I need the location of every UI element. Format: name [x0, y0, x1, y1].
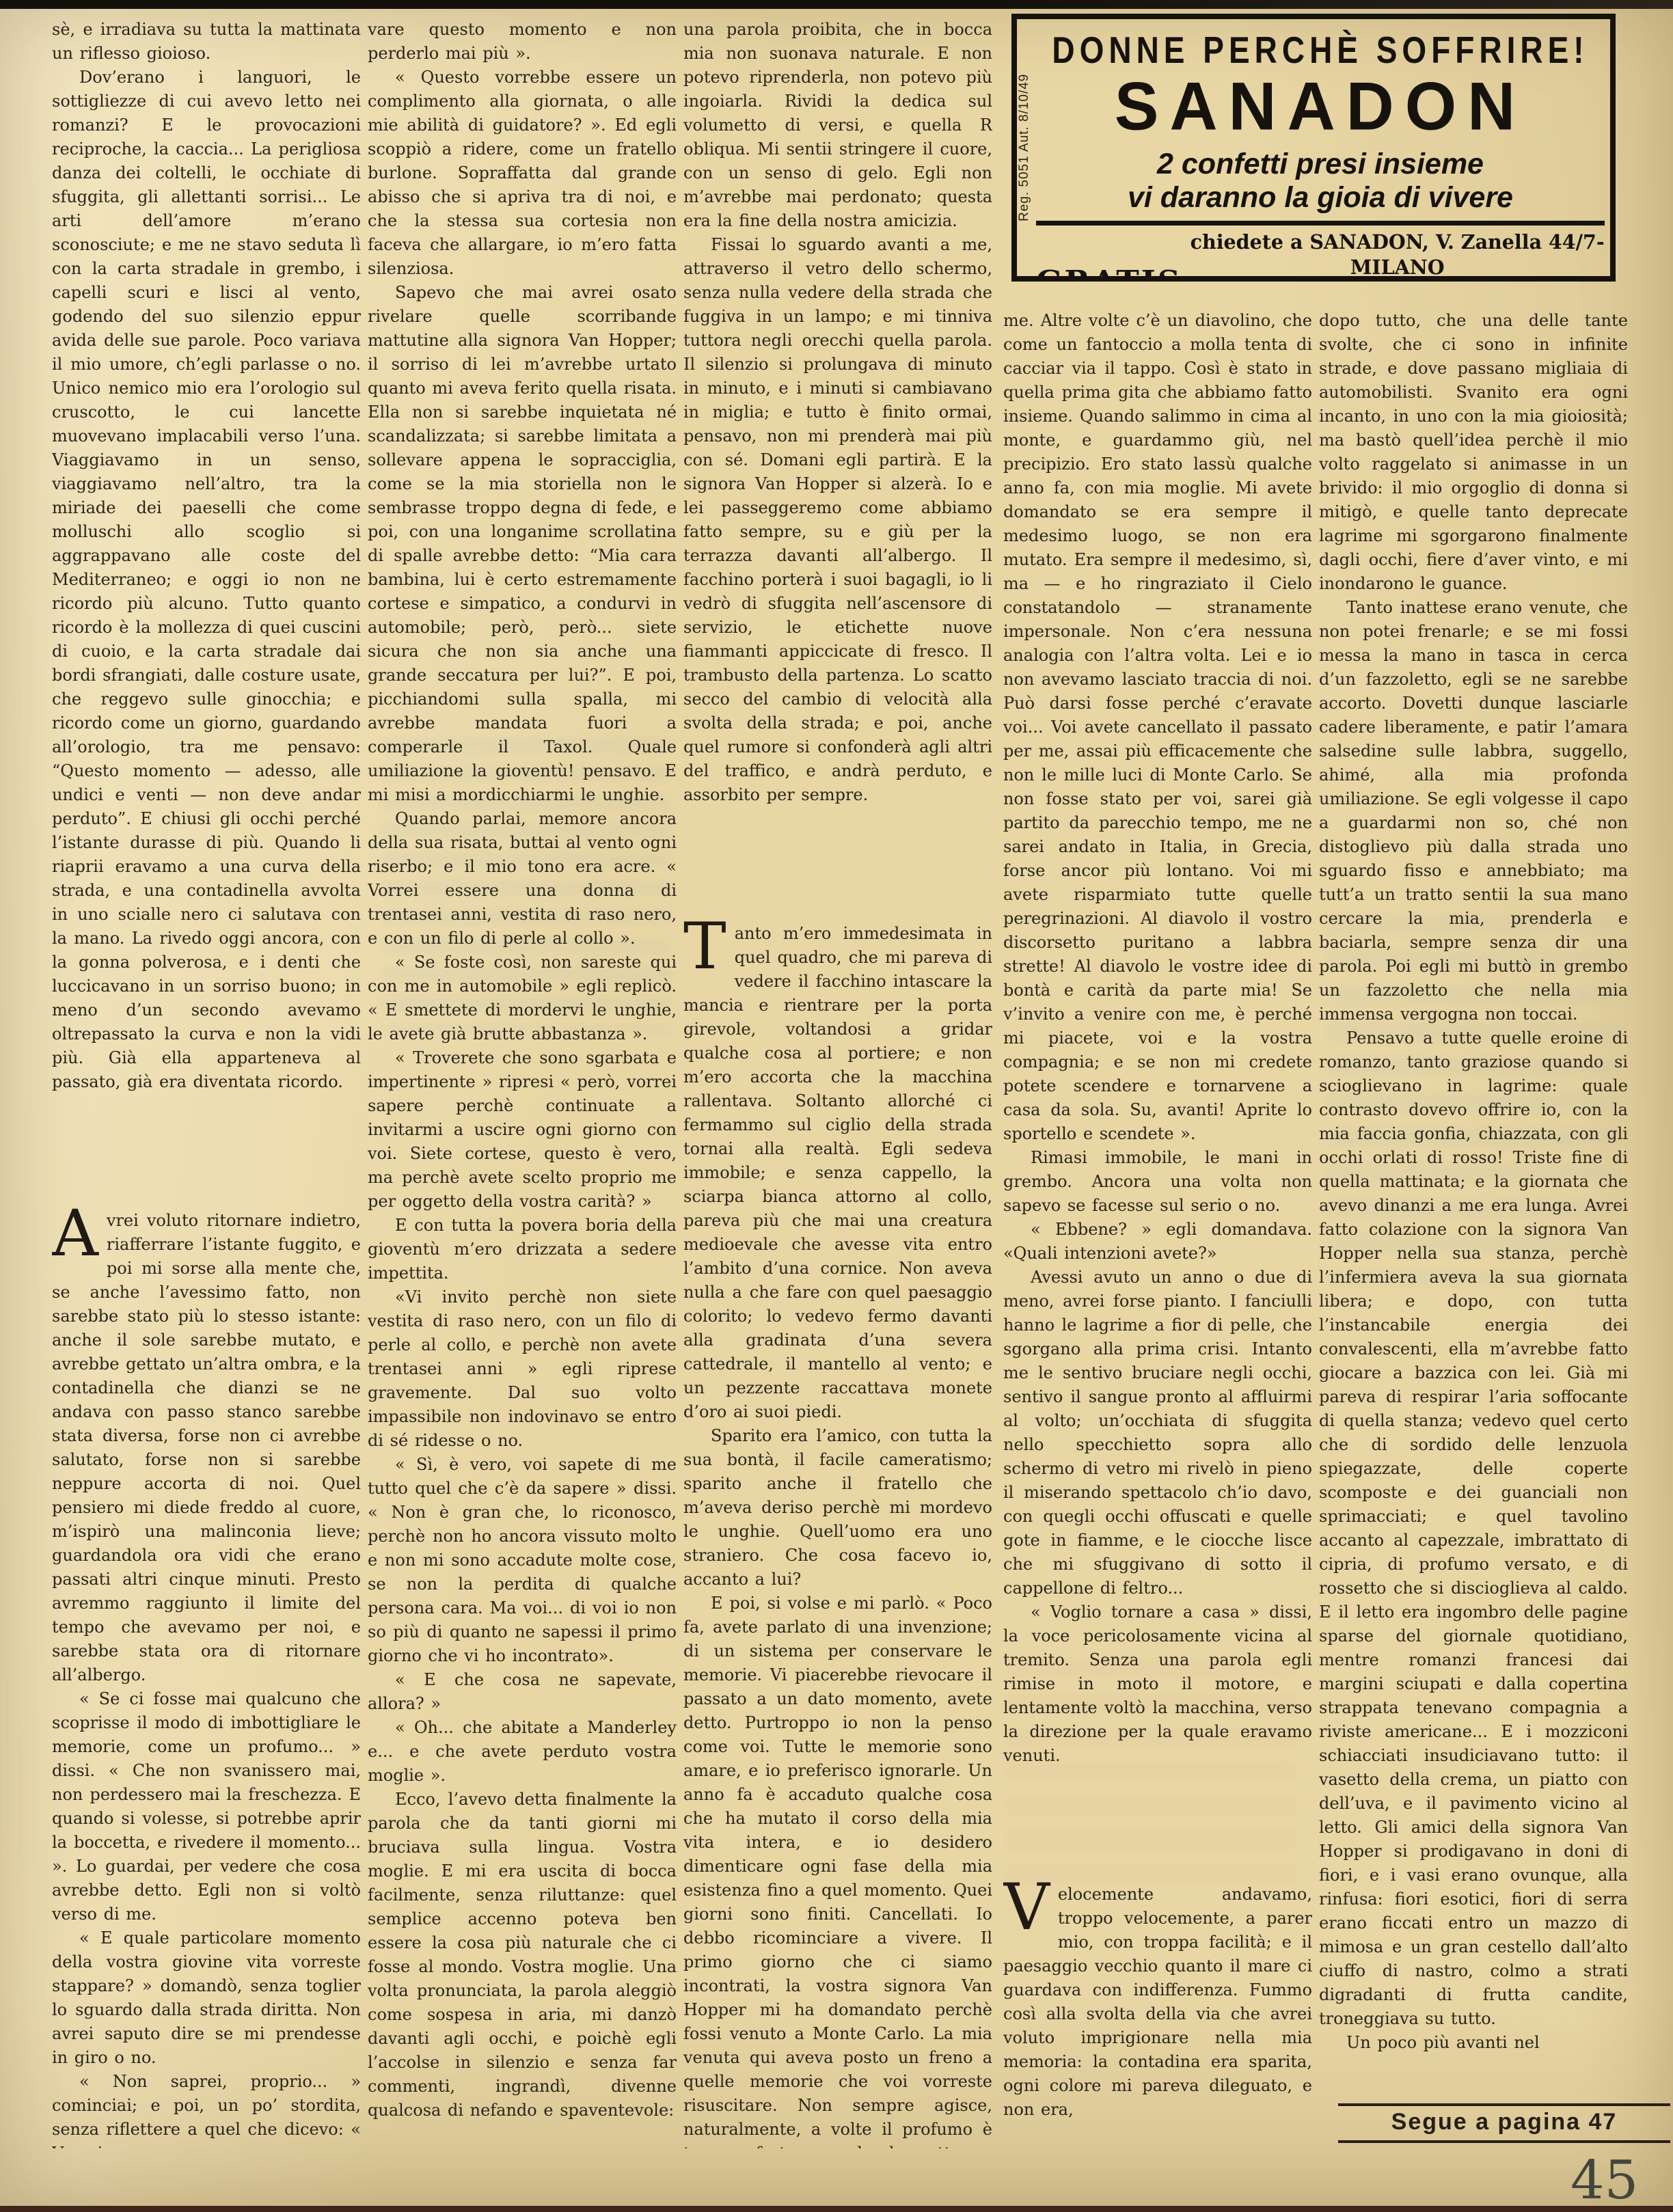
ad-tagline: 2 confetti presi insieme vi daranno la g… [1036, 148, 1605, 215]
paragraph: E con tutta la povera boria della gioven… [368, 1214, 677, 1285]
ad-content: DONNE PERCHÈ SOFFRIRE! SANADON 2 confett… [1035, 19, 1610, 276]
paragraph: « Se foste così, non sareste qui con me … [368, 951, 677, 1046]
scan-edge-top [0, 0, 1673, 9]
paragraph: « Voglio tornare a casa » dissi, la voce… [1003, 1600, 1312, 1768]
magazine-page: sè, e irradiava su tutta la mattinata un… [0, 0, 1673, 2212]
drop-cap-initial: T [683, 922, 735, 971]
paragraph: Dov’erano i languori, le sottigliezze di… [52, 66, 361, 1094]
paragraph: « Non saprei, proprio... » cominciai; e … [52, 2070, 361, 2148]
ad-offer-row: GRATIS chiedete a SANADON, V. Zanella 44… [1036, 230, 1605, 282]
paragraph: Rimasi immobile, le mani in grembo. Anco… [1003, 1146, 1312, 1218]
paragraph: « E che cosa ne sapevate, allora? » [368, 1668, 677, 1716]
sanadon-advertisement: Reg. 5051 Aut. 8/10/49 DONNE PERCHÈ SOFF… [1011, 14, 1616, 282]
paragraph: Velocemente andavamo, troppo velocemente… [1003, 1883, 1312, 2122]
text-column-2: vare questo momento e non perderlo mai p… [368, 18, 677, 2148]
ad-tagline-line-2: vi daranno la gioia di vivere [1036, 181, 1605, 215]
text-column-4: me. Altre volte c’è un diavolino, che co… [1003, 309, 1312, 2148]
ad-registration-number: Reg. 5051 Aut. 8/10/49 [1017, 19, 1035, 276]
paragraph: Tanto inattese erano venute, che non pot… [1319, 596, 1628, 1026]
ad-gratis-label: GRATIS [1036, 264, 1182, 282]
ad-contact-line-1: chiedete a SANADON, V. Zanella 44/7-MILA… [1190, 230, 1605, 280]
paragraph: « Ebbene? » egli domandava. «Quali inten… [1003, 1218, 1312, 1266]
text-column-5: dopo tutto, che una delle tante svolte, … [1319, 309, 1628, 2099]
paragraph: me. Altre volte c’è un diavolino, che co… [1003, 309, 1312, 1146]
paragraph: Quando parlai, memore ancora della sua r… [368, 807, 677, 951]
text-column-1: sè, e irradiava su tutta la mattinata un… [52, 18, 361, 2148]
paragraph: E poi, si volse e mi parlò. « Poco fa, a… [683, 1592, 992, 2148]
ad-brand-name: SANADON [1036, 68, 1605, 146]
ad-contact-line-2: la pubblicazione “La salute è nelle pian… [1190, 280, 1605, 282]
paragraph: Tanto m’ero immedesimata in quel quadro,… [683, 922, 992, 1424]
paragraph: «Vi invito perchè non siete vestita di r… [368, 1285, 677, 1453]
continuation-notice: Segue a pagina 47 [1338, 2103, 1670, 2143]
paragraph: una parola proibita, che in bocca mia no… [683, 18, 992, 233]
ad-tagline-line-1: 2 confetti presi insieme [1036, 148, 1605, 181]
paragraph: « Troverete che sono sgarbata e impertin… [368, 1046, 677, 1214]
paragraph: « Oh... che abitate a Manderley e... e c… [368, 1716, 677, 1788]
paragraph: sè, e irradiava su tutta la mattinata un… [52, 18, 361, 66]
paragraph: « E quale particolare momento della vost… [52, 1926, 361, 2070]
paragraph: Fissai lo sguardo avanti a me, attravers… [683, 233, 992, 807]
paragraph: Ecco, l’avevo detta finalmente la parola… [368, 1788, 677, 2122]
paragraph: Avrei voluto ritornare indietro, riaffer… [52, 1209, 361, 1687]
paragraph: Sapevo che mai avrei osato rivelare quel… [368, 281, 677, 807]
paragraph: Pensavo a tutte quelle eroine di romanzo… [1319, 1026, 1628, 2031]
paragraph: Sparito era l’amico, con tutta la sua bo… [683, 1424, 992, 1592]
text-column-3: una parola proibita, che in bocca mia no… [683, 18, 992, 2148]
drop-cap-initial: A [52, 1209, 107, 1258]
ad-headline: DONNE PERCHÈ SOFFRIRE! [1036, 28, 1605, 72]
paragraph: Avessi avuto un anno o due di meno, avre… [1003, 1266, 1312, 1600]
paragraph: « Sì, è vero, voi sapete di me tutto que… [368, 1453, 677, 1668]
ad-divider-rule [1036, 221, 1605, 226]
paragraph: « Se ci fosse mai qualcuno che scoprisse… [52, 1687, 361, 1926]
paragraph: vare questo momento e non perderlo mai p… [368, 18, 677, 66]
page-number: 45 [1570, 2150, 1638, 2211]
drop-cap-initial: V [1003, 1883, 1058, 1932]
paragraph: Un poco più avanti nel [1319, 2031, 1628, 2055]
paragraph: « Questo vorrebbe essere un complimento … [368, 66, 677, 281]
paragraph: dopo tutto, che una delle tante svolte, … [1319, 309, 1628, 596]
ad-contact-info: chiedete a SANADON, V. Zanella 44/7-MILA… [1190, 230, 1605, 282]
scan-edge-bottom [0, 2206, 1673, 2212]
